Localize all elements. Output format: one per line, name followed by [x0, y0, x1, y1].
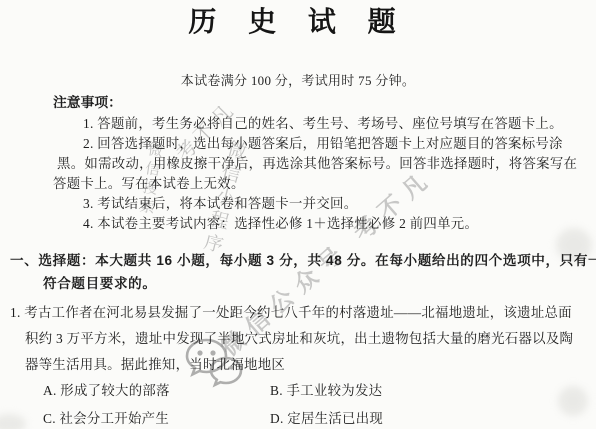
section1-heading-line1: 一、选择题：本大题共 16 小题，每小题 3 分，共 48 分。在每小题给出的四… — [10, 253, 596, 269]
notice-line-1: 1. 答题前，考生务必将自己的姓名、考生号、考场号、座位号填写在答题卡上。 — [83, 116, 563, 132]
notice-line-3: 黑。如需改动，用橡皮擦干净后，再选涂其他答案标号。回答非选择题时，将答案写在 — [57, 156, 577, 172]
notice-line-5: 3. 考试结束后，将本试卷和答题卡一并交回。 — [83, 196, 357, 212]
exam-paper-page: 考不凡 微信搜索 微信小程序 微信公众号 考不凡 历 史 试 题 本试卷满分 1… — [0, 0, 596, 429]
scan-artifact — [0, 414, 26, 429]
question1-option-b: B. 手工业较为发达 — [270, 383, 382, 399]
paper-subtitle: 本试卷满分 100 分，考试用时 75 分钟。 — [0, 73, 596, 89]
notice-line-2: 2. 回答选择题时，选出每小题答案后，用铅笔把答题卡上对应题目的答案标号涂 — [83, 136, 563, 152]
scan-artifact — [558, 386, 588, 416]
question1-line-2: 积约 3 万平方米，遗址中发现了半地穴式房址和灰坑，出土遗物包括大量的磨光石器以… — [25, 331, 573, 347]
question1-line-3: 器等生活用具。据此推知，当时北福地地区 — [25, 357, 285, 373]
paper-title: 历 史 试 题 — [0, 5, 596, 39]
question1-line-1: 1. 考古工作者在河北易县发掘了一处距今约七八千年的村落遗址——北福地遗址，该遗… — [10, 305, 572, 321]
notice-line-4: 答题卡上。写在本试卷上无效。 — [53, 176, 245, 192]
notice-line-6: 4. 本试卷主要考试内容：选择性必修 1＋选择性必修 2 前四单元。 — [83, 216, 478, 232]
section1-heading-line2: 符合题目要求的。 — [43, 276, 157, 292]
notice-heading: 注意事项： — [53, 95, 122, 112]
question1-option-d: D. 定居生活已出现 — [270, 411, 383, 427]
question1-option-c: C. 社会分工开始产生 — [43, 411, 169, 427]
question1-option-a: A. 形成了较大的部落 — [43, 383, 170, 399]
